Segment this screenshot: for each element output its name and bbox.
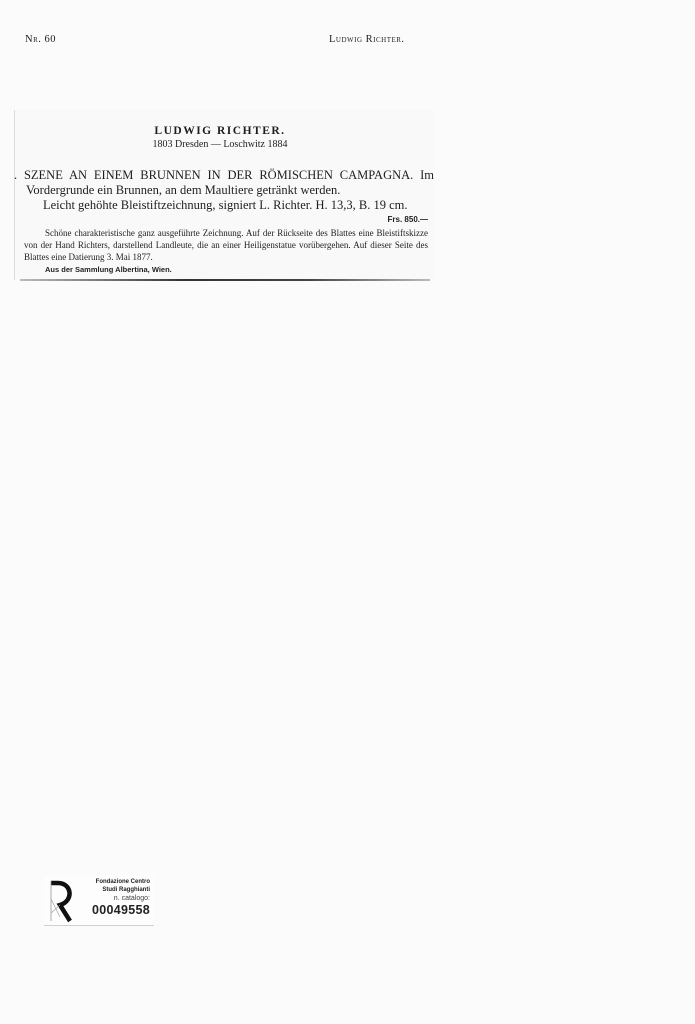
catalog-label: n. catalogo: <box>92 894 150 903</box>
ragghianti-r-logo-icon <box>48 879 74 923</box>
running-head-lot-number: Nr. 60 <box>25 34 56 45</box>
lot-title-continued: Vordergrunde ein Brunnen, an dem Maultie… <box>26 183 340 198</box>
stamp-org-line-2: Studi Ragghianti <box>92 886 150 894</box>
stamp-text: Fondazione Centro Studi Ragghianti n. ca… <box>92 878 150 918</box>
running-head-artist: Ludwig Richter. <box>329 34 405 45</box>
artist-dates: 1803 Dresden — Loschwitz 1884 <box>0 139 440 150</box>
lot-title: . SZENE AN EINEM BRUNNEN IN DER RÖMISCHE… <box>14 168 434 183</box>
lot-description: Schöne charakteristische ganz ausgeführt… <box>24 227 428 263</box>
clipping-bottom-rule <box>20 279 430 281</box>
lot-provenance: Aus der Sammlung Albertina, Wien. <box>45 265 172 274</box>
artist-name: LUDWIG RICHTER. <box>0 125 440 137</box>
lot-technique: Leicht gehöhte Bleistiftzeichnung, signi… <box>43 198 408 213</box>
lot-price: Frs. 850.— <box>388 215 428 224</box>
catalog-number: 00049558 <box>92 903 150 918</box>
stamp-org-line-1: Fondazione Centro <box>92 878 150 886</box>
archive-stamp: Fondazione Centro Studi Ragghianti n. ca… <box>44 875 154 926</box>
